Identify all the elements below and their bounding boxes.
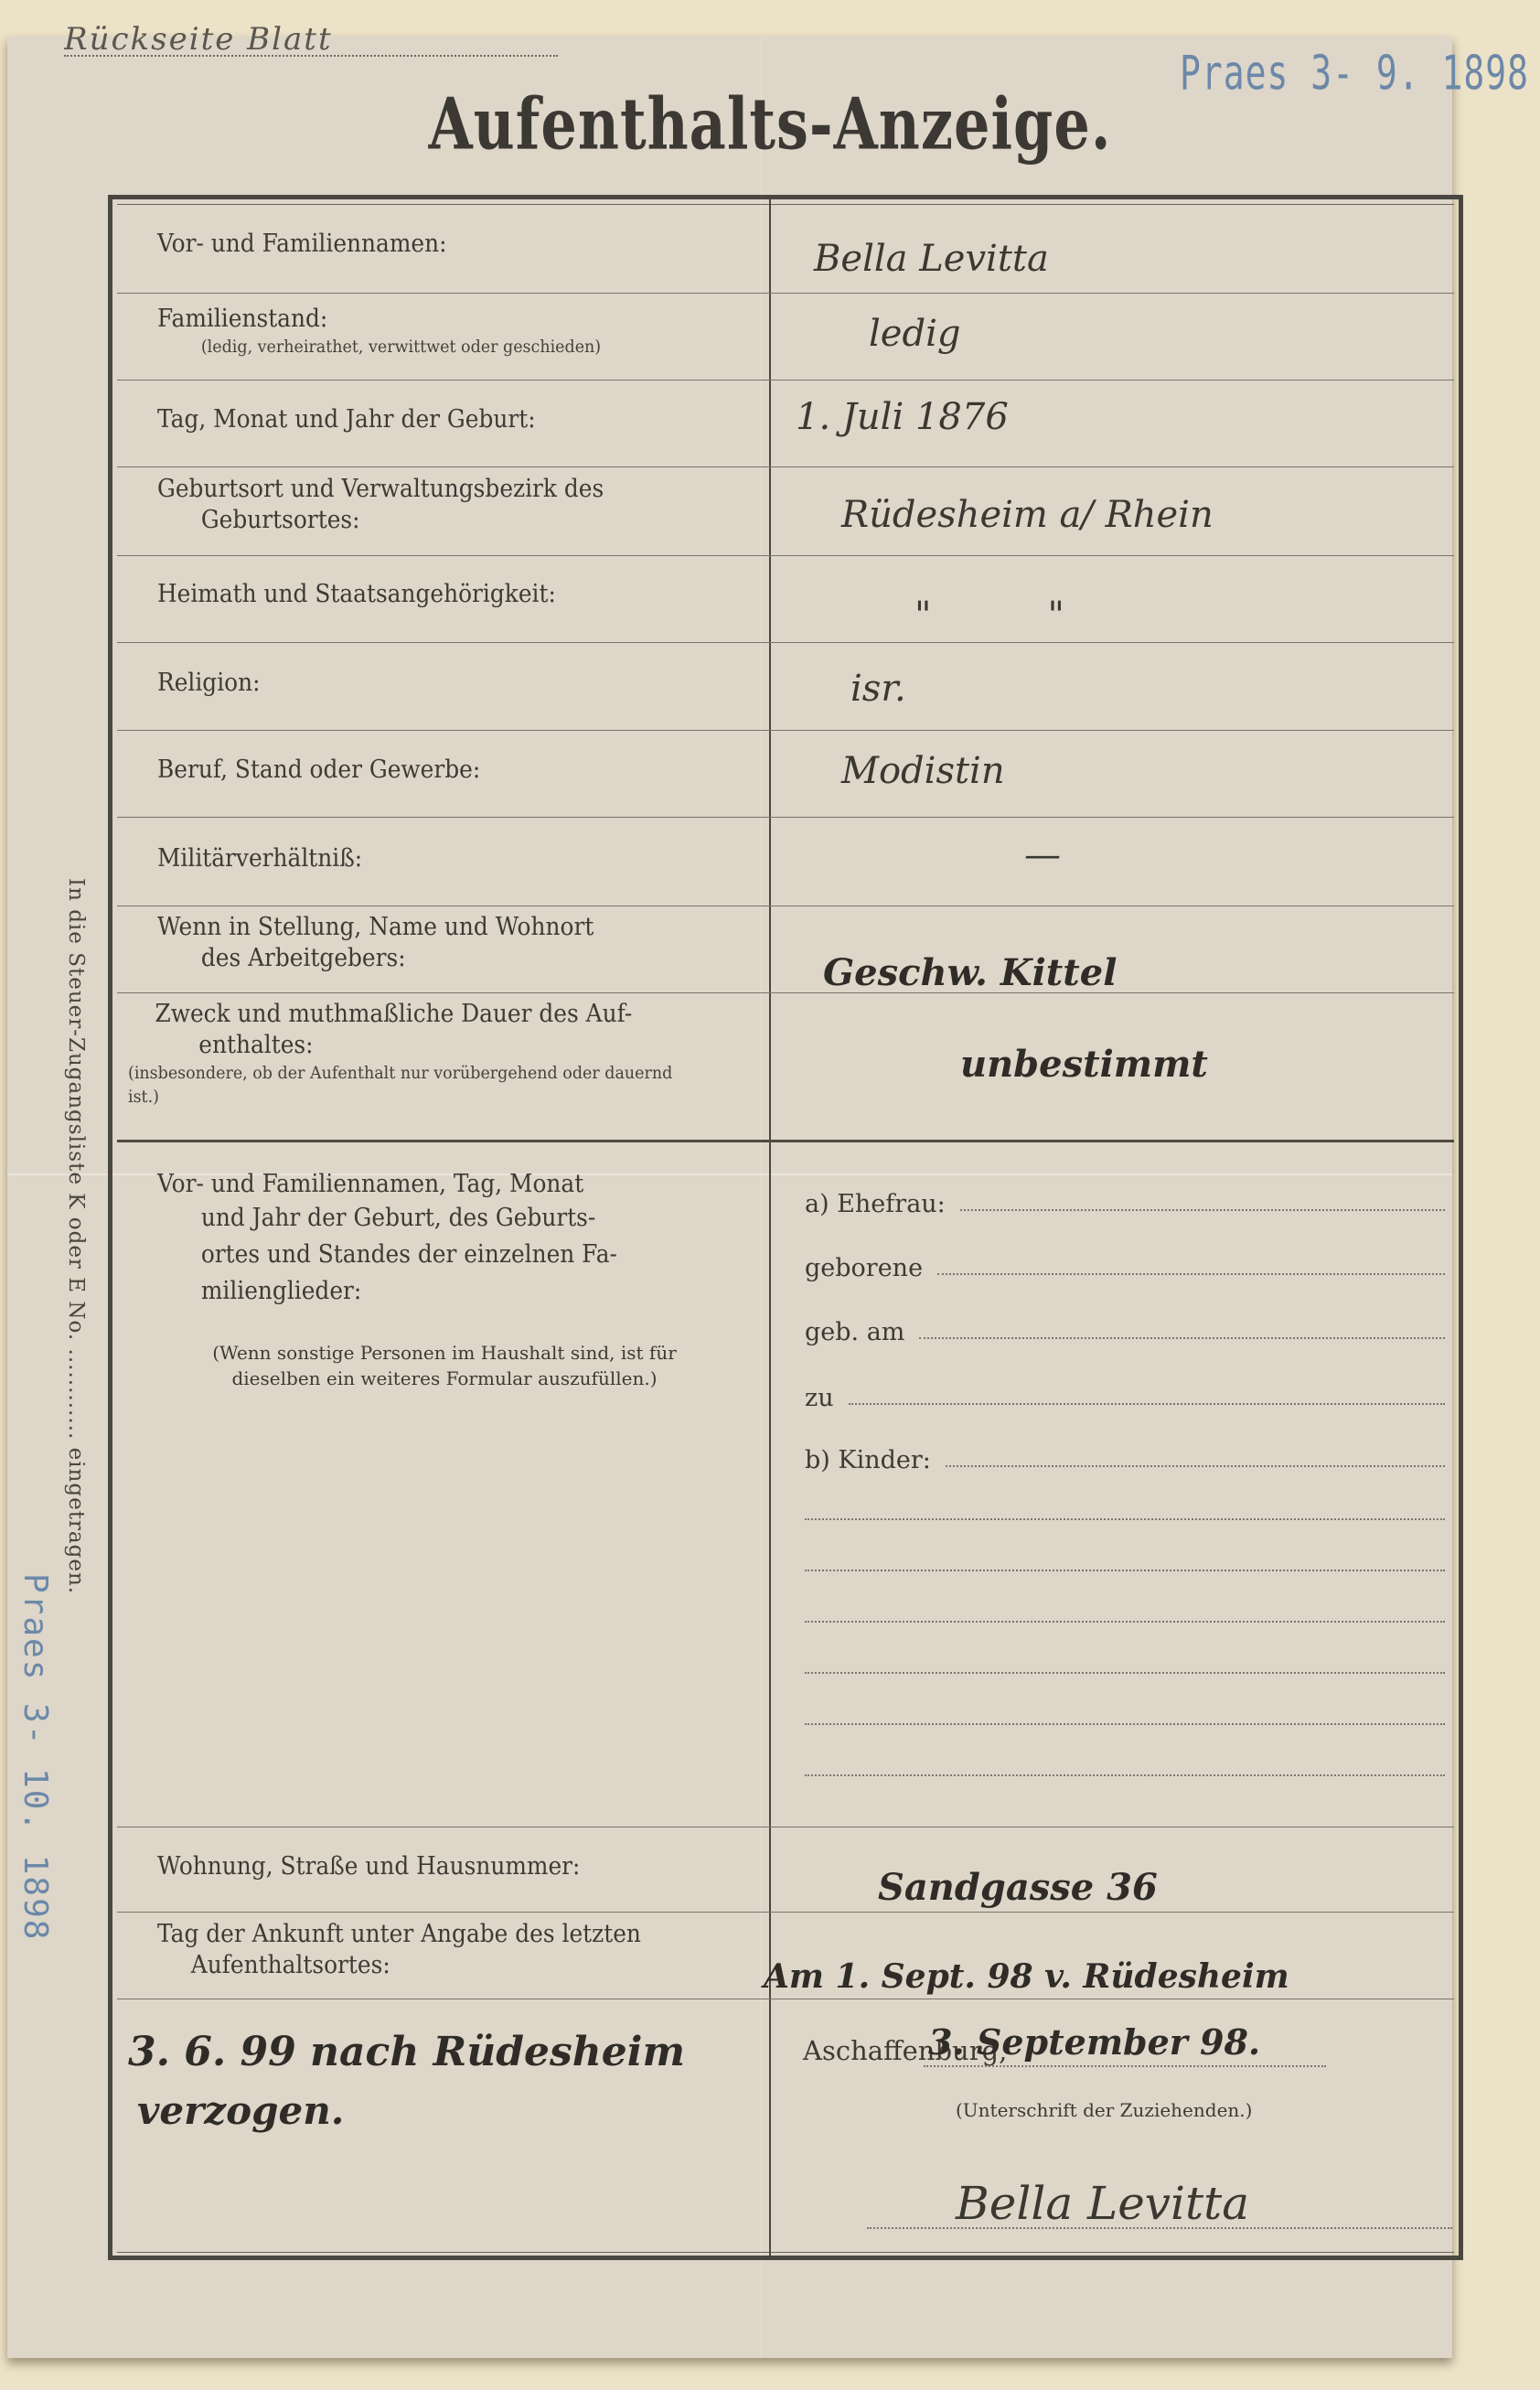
label-occupation: Beruf, Stand oder Gewerbe: <box>157 755 480 786</box>
value-sign-date: 3. September 98. <box>928 2021 1260 2063</box>
row-separator <box>117 1827 1454 1827</box>
label-citizenship: Heimath und Staatsangehörigkeit: <box>157 579 556 610</box>
label-military-status: Militärverhältniß: <box>157 843 362 874</box>
label-full-name: Vor- und Familiennamen: <box>157 229 446 260</box>
row-separator <box>117 817 1454 818</box>
value-birth-date: 1. Juli 1876 <box>796 396 1009 438</box>
value-religion: isr. <box>850 668 906 710</box>
label-marital-status-note: (ledig, verheirathet, verwittwet oder ge… <box>157 335 601 359</box>
value-employer: Geschw. Kittel <box>823 951 1117 994</box>
label-arrival: Tag der Ankunft unter Angabe des letzten… <box>157 1919 641 1981</box>
born-name-input[interactable] <box>937 1273 1445 1275</box>
label-family-line4: milienglieder: <box>157 1273 617 1310</box>
children-line[interactable] <box>805 1621 1445 1623</box>
value-purpose: unbestimmt <box>960 1043 1208 1086</box>
row-separator <box>117 642 1454 643</box>
value-citizenship: " " <box>914 595 1064 637</box>
label-arrival-line2: Aufenthaltsortes: <box>157 1950 641 1981</box>
signature-caption: (Unterschrift der Zuziehenden.) <box>956 2099 1252 2121</box>
family-note: (Wenn sonstige Personen im Haushalt sind… <box>170 1340 719 1391</box>
wife-label: a) Ehefrau: <box>805 1190 946 1218</box>
children-line[interactable] <box>805 1723 1445 1725</box>
departure-note-line2: verzogen. <box>137 2088 344 2133</box>
page-title: Aufenthalts-Anzeige. <box>0 82 1540 166</box>
value-arrival: Am 1. Sept. 98 v. Rüdesheim <box>764 1957 1289 1996</box>
born-on-field[interactable]: geb. am <box>805 1301 1445 1346</box>
children-line[interactable] <box>805 1518 1445 1520</box>
row-separator <box>117 293 1454 294</box>
label-purpose: Zweck und muthmaßliche Dauer des Auf- en… <box>128 999 700 1109</box>
row-separator <box>117 1912 1454 1913</box>
departure-note-line1: 3. 6. 99 nach Rüdesheim <box>128 2029 685 2075</box>
row-separator <box>117 730 1454 731</box>
label-family-line1: Vor- und Familiennamen, Tag, Monat <box>157 1169 617 1200</box>
top-handwritten-note: Rückseite Blatt <box>64 26 558 57</box>
children-line[interactable] <box>805 1672 1445 1674</box>
value-occupation: Modistin <box>841 750 1005 792</box>
value-address: Sandgasse 36 <box>878 1866 1158 1909</box>
margin-registration-note: In die Steuer-Zugangsliste K oder E No. … <box>64 878 88 1594</box>
value-birthplace: Rüdesheim a/ Rhein <box>841 494 1214 536</box>
label-family-line2: und Jahr der Geburt, des Geburts- <box>157 1200 617 1237</box>
row-separator <box>117 380 1454 380</box>
children-line[interactable] <box>805 1570 1445 1571</box>
label-employer-line2: des Arbeitgebers: <box>157 943 594 974</box>
value-marital-status: ledig <box>869 313 960 355</box>
row-separator <box>117 1999 1454 1999</box>
born-at-field[interactable]: zu <box>805 1366 1445 1412</box>
label-family-line3: ortes und Standes der einzelnen Fa- <box>157 1237 617 1273</box>
born-at-label: zu <box>805 1384 834 1412</box>
value-full-name: Bella Levitta <box>814 238 1049 280</box>
children-field[interactable]: b) Kinder: <box>805 1429 1445 1474</box>
label-birth-date: Tag, Monat und Jahr der Geburt: <box>157 404 536 435</box>
label-marital-status-text: Familienstand: <box>157 305 327 333</box>
label-religion: Religion: <box>157 668 260 699</box>
born-on-input[interactable] <box>919 1337 1445 1339</box>
row-separator <box>117 466 1454 467</box>
value-signature: Bella Levitta <box>956 2177 1249 2230</box>
row-separator <box>117 906 1454 906</box>
children-label: b) Kinder: <box>805 1446 931 1474</box>
row-separator <box>117 555 1454 556</box>
born-name-label: geborene <box>805 1254 923 1282</box>
label-purpose-note: (insbesondere, ob der Aufenthalt nur vor… <box>128 1061 700 1109</box>
wife-input[interactable] <box>960 1209 1445 1211</box>
label-birthplace-line1: Geburtsort und Verwaltungsbezirk des <box>157 475 604 503</box>
label-address: Wohnung, Straße und Hausnummer: <box>157 1851 580 1882</box>
received-stamp-side: Praes 3- 10. 1898 <box>16 1573 54 1941</box>
section-separator <box>117 1140 1454 1142</box>
label-purpose-line1: Zweck und muthmaßliche Dauer des Auf- <box>128 999 700 1030</box>
label-purpose-line2: enthaltes: <box>128 1030 700 1061</box>
label-employer: Wenn in Stellung, Name und Wohnort des A… <box>157 912 594 974</box>
label-birthplace-line2: Geburtsortes: <box>157 505 604 536</box>
row-separator <box>117 992 1454 993</box>
label-marital-status: Familienstand: (ledig, verheirathet, ver… <box>157 304 601 359</box>
label-family-members: Vor- und Familiennamen, Tag, Monat und J… <box>157 1169 617 1310</box>
born-on-label: geb. am <box>805 1318 904 1346</box>
born-name-field[interactable]: geborene <box>805 1237 1445 1282</box>
born-at-input[interactable] <box>849 1403 1445 1405</box>
value-military-status: — <box>1024 834 1061 876</box>
label-birthplace: Geburtsort und Verwaltungsbezirk des Geb… <box>157 474 604 536</box>
date-line[interactable] <box>924 2065 1326 2067</box>
children-input[interactable] <box>946 1465 1445 1467</box>
children-line[interactable] <box>805 1774 1445 1776</box>
column-divider <box>769 195 771 2260</box>
label-employer-line1: Wenn in Stellung, Name und Wohnort <box>157 913 594 941</box>
wife-field[interactable]: a) Ehefrau: <box>805 1173 1445 1218</box>
label-arrival-line1: Tag der Ankunft unter Angabe des letzten <box>157 1920 641 1948</box>
